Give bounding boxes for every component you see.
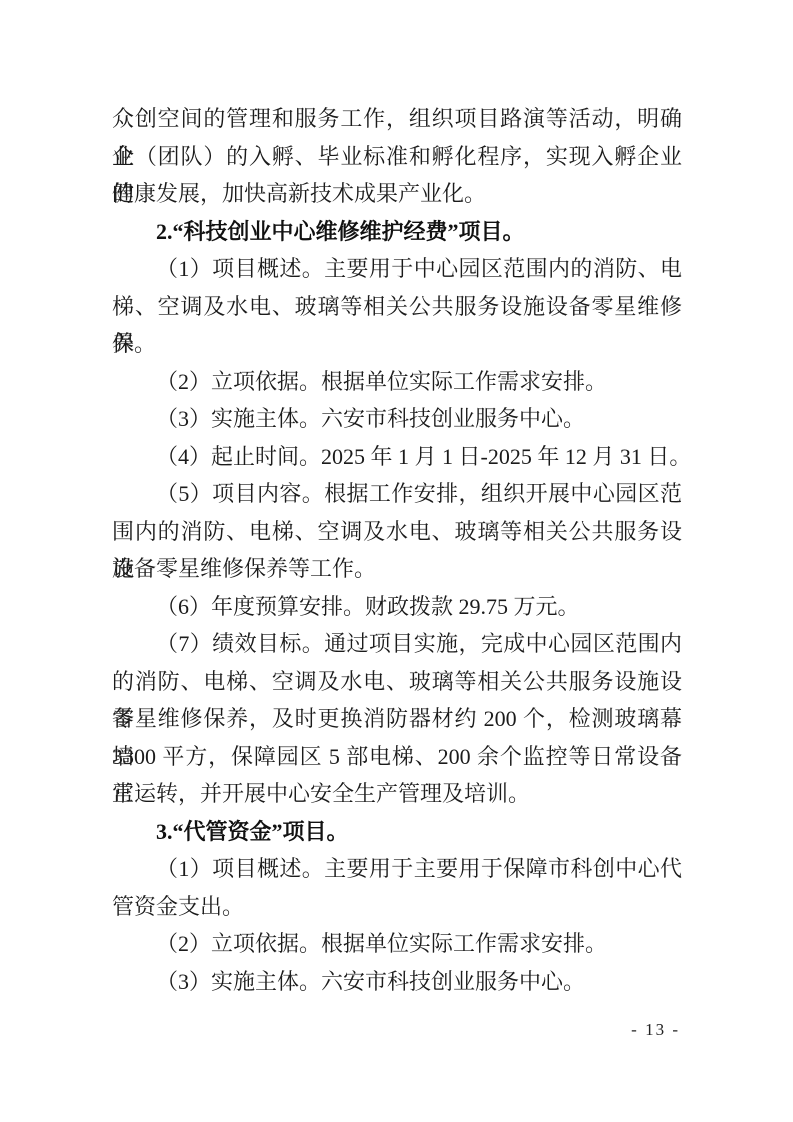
page-number: - 13 - bbox=[631, 1020, 680, 1040]
paragraph-line: 3300 平方，保障园区 5 部电梯、200 余个监控等日常设备正 bbox=[112, 738, 682, 776]
paragraph-line: 零星维修保养，及时更换消防器材约 200 个，检测玻璃幕墙 bbox=[112, 700, 682, 738]
paragraph-line: （4）起止时间。2025 年 1 月 1 日-2025 年 12 月 31 日。 bbox=[112, 438, 682, 476]
paragraph-line: 常运转，并开展中心安全生产管理及培训。 bbox=[112, 775, 682, 813]
paragraph-line: （2）立项依据。根据单位实际工作需求安排。 bbox=[112, 363, 682, 401]
section-heading-3: 3.“代管资金”项目。 bbox=[112, 813, 682, 851]
paragraph-line: 健康发展，加快高新技术成果产业化。 bbox=[112, 175, 682, 213]
paragraph-line: 养。 bbox=[112, 325, 682, 363]
paragraph-line: （7）绩效目标。通过项目实施，完成中心园区范围内 bbox=[112, 625, 682, 663]
paragraph-line: 众创空间的管理和服务工作，组织项目路演等活动，明确企 bbox=[112, 100, 682, 138]
paragraph-line: （6）年度预算安排。财政拨款 29.75 万元。 bbox=[112, 588, 682, 626]
paragraph-line: 业（团队）的入孵、毕业标准和孵化程序，实现入孵企业的 bbox=[112, 138, 682, 176]
paragraph-line: （1）项目概述。主要用于中心园区范围内的消防、电 bbox=[112, 250, 682, 288]
document-text-block: 众创空间的管理和服务工作，组织项目路演等活动，明确企 业（团队）的入孵、毕业标准… bbox=[112, 100, 682, 1000]
paragraph-line: （1）项目概述。主要用于主要用于保障市科创中心代 bbox=[112, 850, 682, 888]
paragraph-line: （3）实施主体。六安市科技创业服务中心。 bbox=[112, 963, 682, 1001]
paragraph-line: 围内的消防、电梯、空调及水电、玻璃等相关公共服务设施 bbox=[112, 513, 682, 551]
paragraph-line: 管资金支出。 bbox=[112, 888, 682, 926]
paragraph-line: 梯、空调及水电、玻璃等相关公共服务设施设备零星维修保 bbox=[112, 288, 682, 326]
paragraph-line: 设备零星维修保养等工作。 bbox=[112, 550, 682, 588]
paragraph-line: （2）立项依据。根据单位实际工作需求安排。 bbox=[112, 925, 682, 963]
paragraph-line: 的消防、电梯、空调及水电、玻璃等相关公共服务设施设备 bbox=[112, 663, 682, 701]
document-page: 众创空间的管理和服务工作，组织项目路演等活动，明确企 业（团队）的入孵、毕业标准… bbox=[0, 0, 793, 1122]
paragraph-line: （3）实施主体。六安市科技创业服务中心。 bbox=[112, 400, 682, 438]
section-heading-2: 2.“科技创业中心维修维护经费”项目。 bbox=[112, 213, 682, 251]
paragraph-line: （5）项目内容。根据工作安排，组织开展中心园区范 bbox=[112, 475, 682, 513]
